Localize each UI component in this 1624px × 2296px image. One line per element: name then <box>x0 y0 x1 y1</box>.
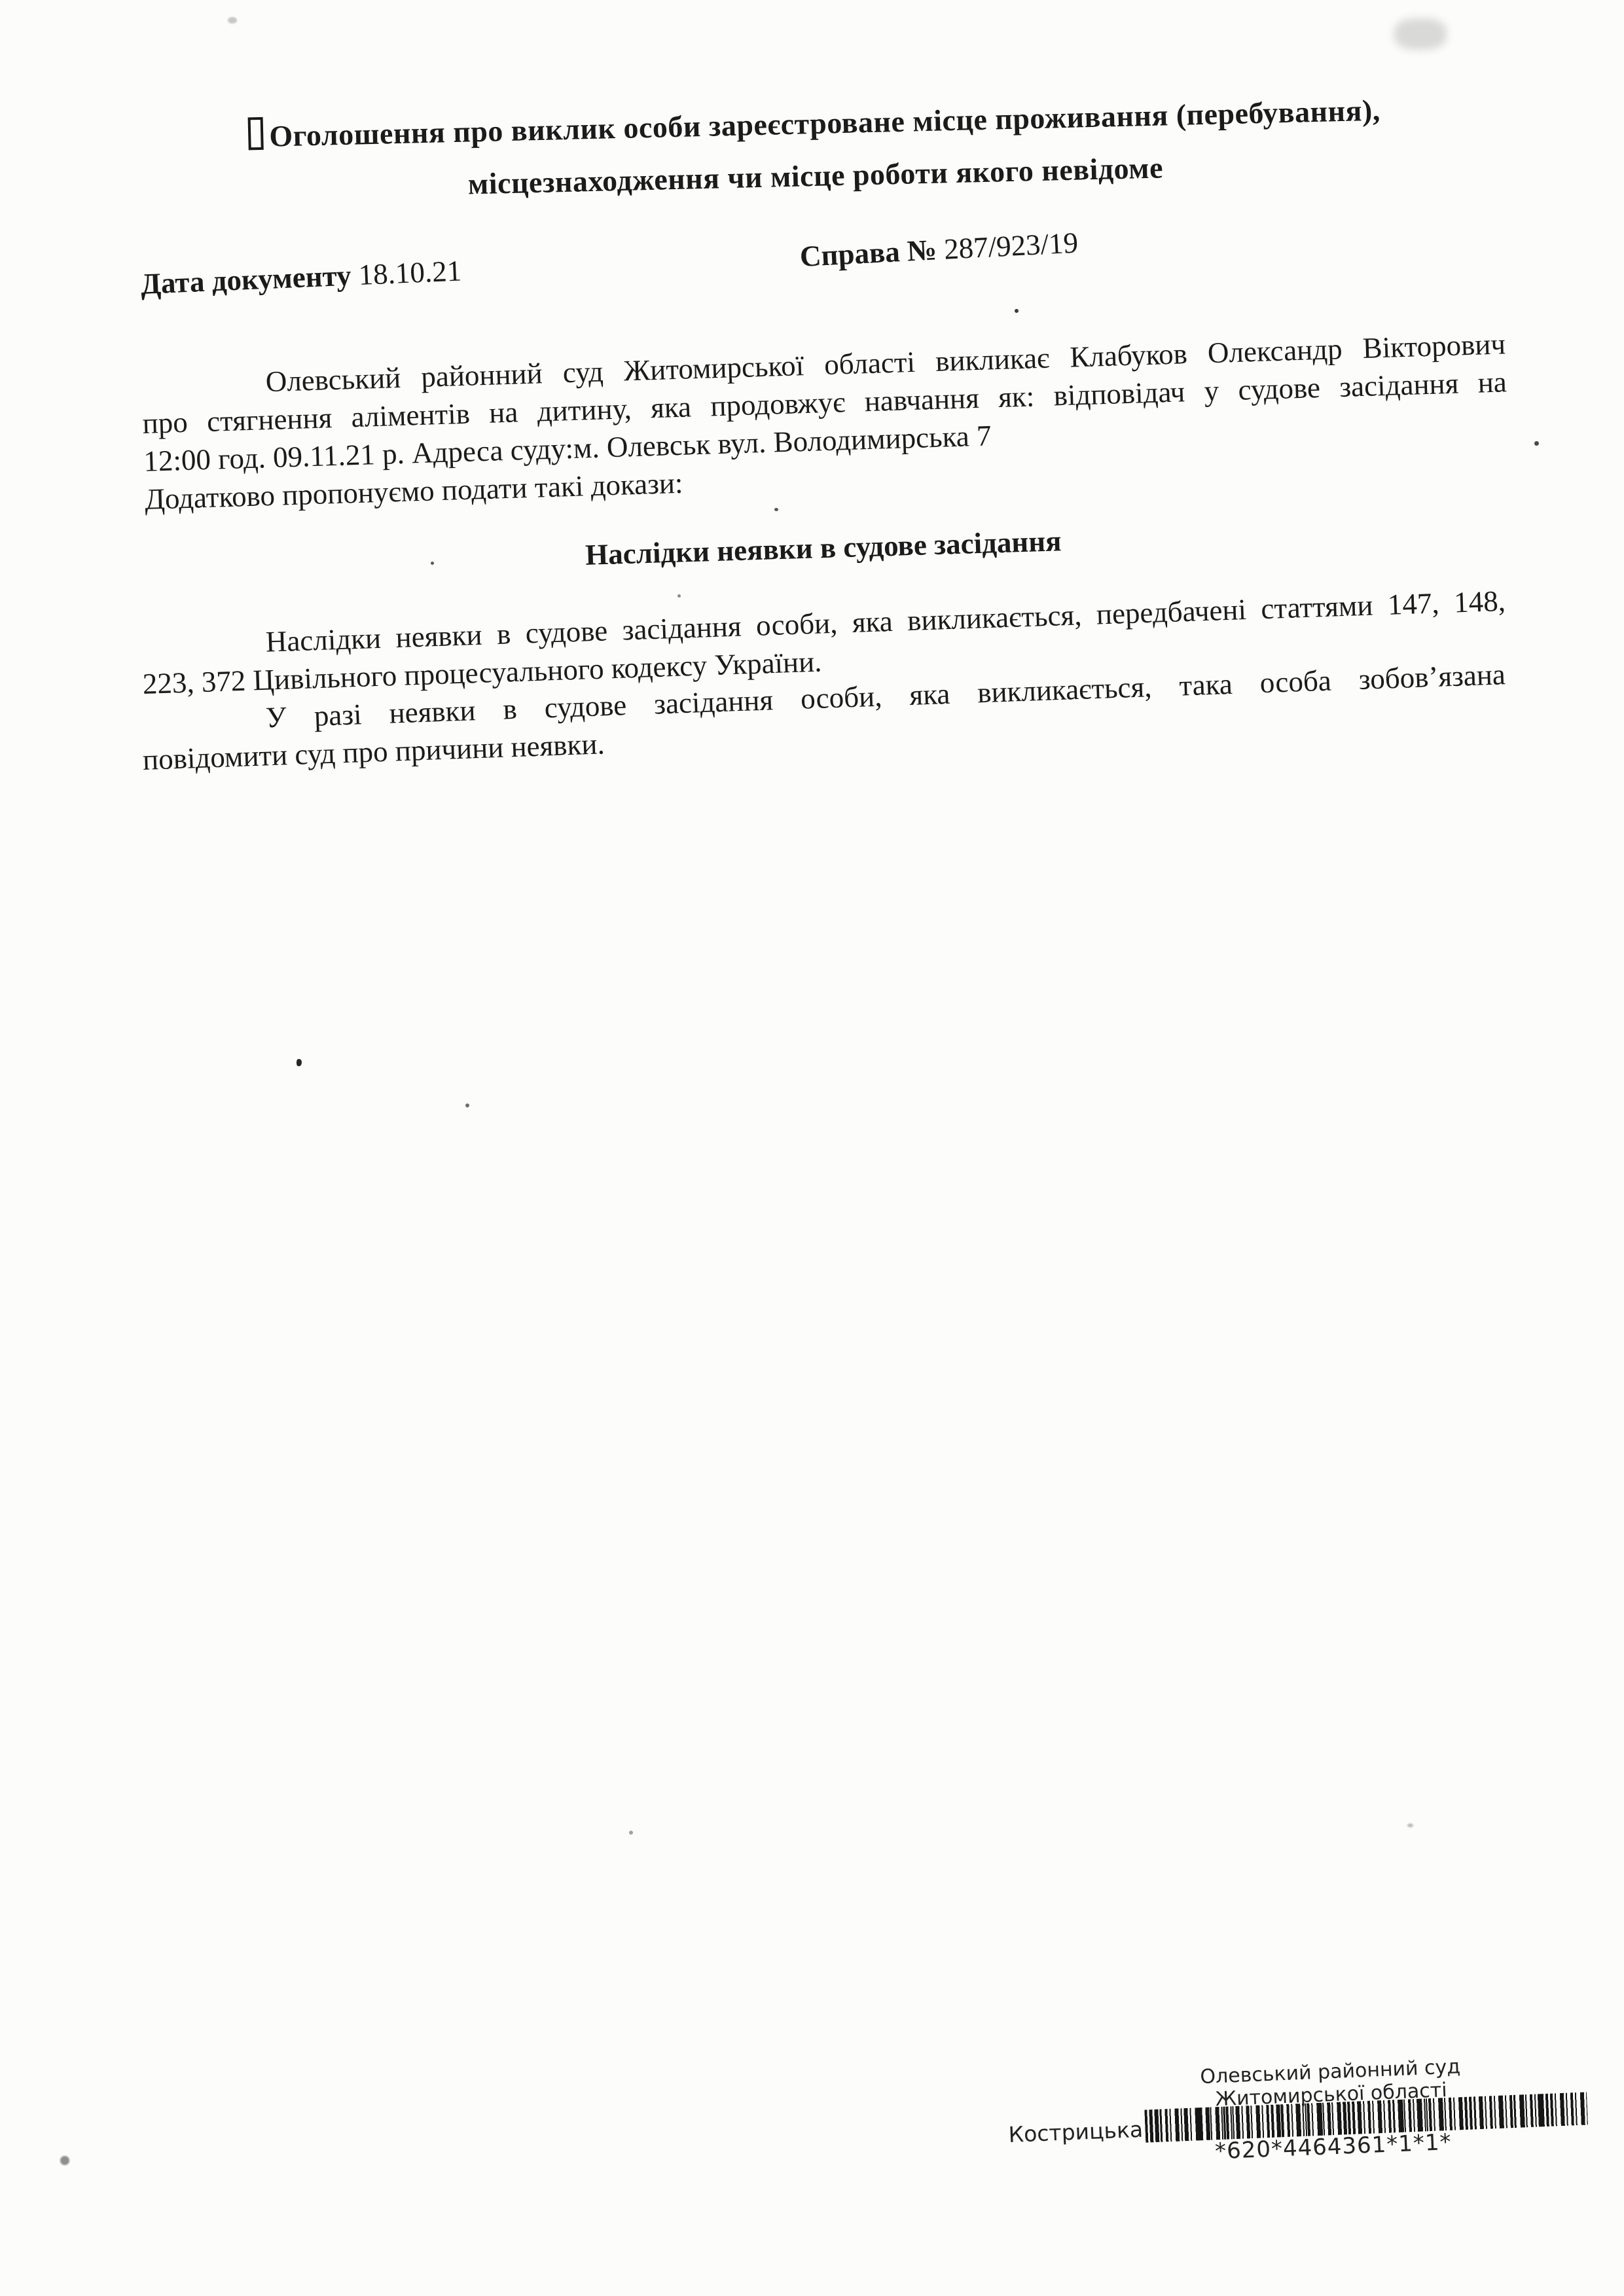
case-label: Справа № <box>799 233 937 273</box>
scanned-court-document-page: Оголошення про виклик особи зареєстрован… <box>0 0 1624 2296</box>
scan-speck <box>1534 441 1539 446</box>
scan-speck <box>629 1831 633 1835</box>
scan-speck <box>431 562 434 565</box>
court-stamp: Олевський районний суд Житомирської обла… <box>1006 2051 1566 2173</box>
summons-paragraph: Олевський районний суд Житомирської обла… <box>141 325 1509 518</box>
scan-speck <box>297 1059 302 1066</box>
section-heading: Наслідки неявки в судове засідання <box>141 511 1506 585</box>
date-value: 18.10.21 <box>358 254 462 291</box>
scan-speck <box>228 17 237 24</box>
scan-speck <box>1407 1823 1413 1827</box>
scan-speck <box>60 2156 69 2165</box>
scan-speck <box>774 508 778 511</box>
date-label: Дата документу <box>140 259 352 300</box>
scan-speck <box>1394 18 1447 50</box>
document-title: Оголошення про виклик особи зареєстрован… <box>126 81 1503 218</box>
scan-speck <box>677 594 681 598</box>
document-date: Дата документу 18.10.21 <box>140 253 462 300</box>
scan-speck <box>465 1103 469 1107</box>
case-number: Справа № 287/923/19 <box>799 226 1079 274</box>
case-value: 287/923/19 <box>943 226 1079 266</box>
scan-speck <box>1015 309 1019 313</box>
